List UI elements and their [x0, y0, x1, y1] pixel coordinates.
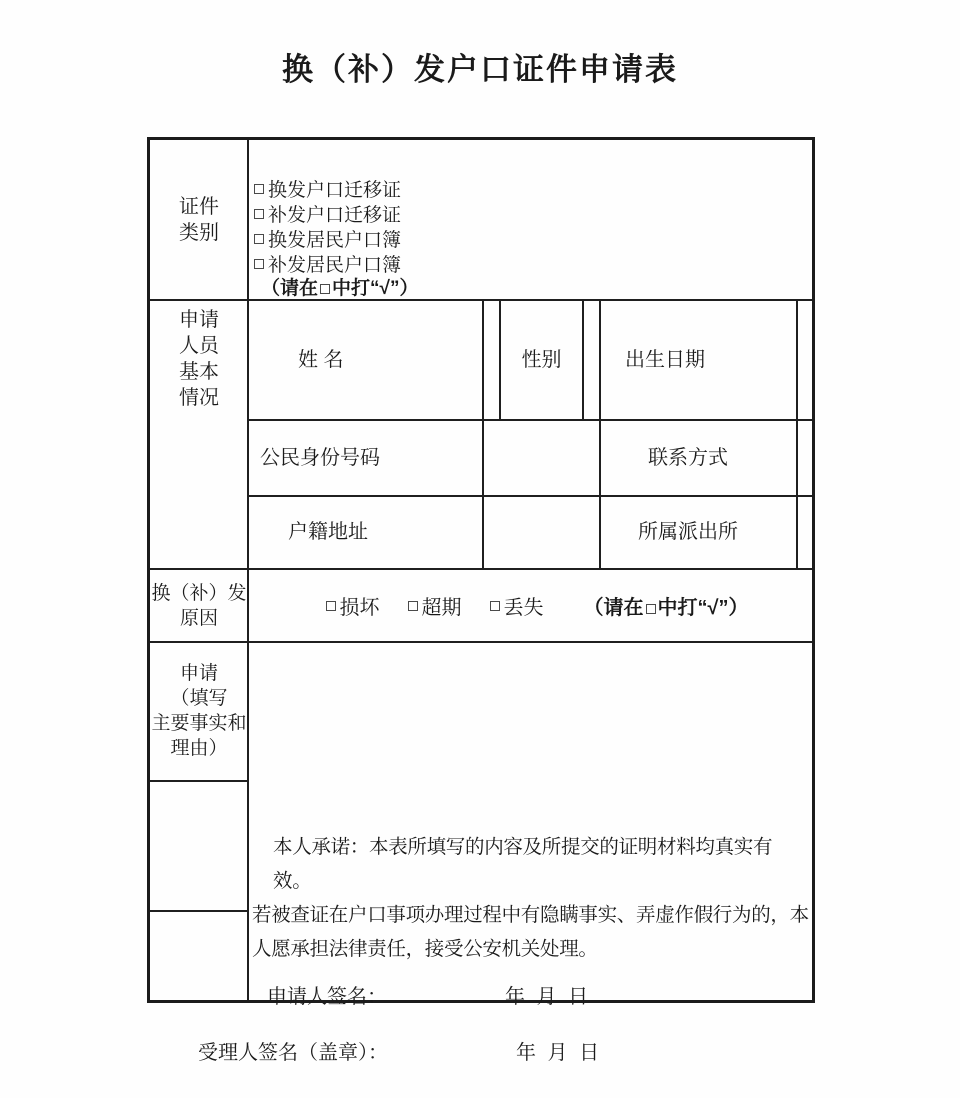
left-empty-cell	[150, 782, 248, 910]
grid-line	[582, 300, 584, 420]
police-station-label: 所属派出所	[638, 519, 738, 545]
pledge-text: 本人承诺：本表所填写的内容及所提交的证明材料均真实有效。 若被查证在户口事项办理…	[252, 830, 810, 966]
cert-type-option: 换发户口迁移证	[254, 176, 418, 201]
applicant-label-line: 人员	[179, 333, 219, 359]
checkbox-glyph-icon	[320, 284, 330, 294]
option-label: 超期	[422, 591, 462, 620]
option-label: 损坏	[340, 591, 380, 620]
form-table: 证件 类别 换发户口迁移证 补发户口迁移证 换发居民户口簿 补发居民户口簿 （请…	[147, 137, 815, 1003]
contact-label: 联系方式	[648, 445, 728, 471]
option-label: 补发居民户口簿	[268, 250, 401, 277]
left-empty-cell	[150, 912, 248, 1000]
acceptor-signature-label: 受理人签名（盖章）：	[198, 1036, 388, 1065]
pledge-line: 若被查证在户口事项办理过程中有隐瞒事实、弄虚作假行为的，本	[252, 898, 810, 932]
reason-option: 超期	[408, 591, 462, 620]
grid-line	[796, 300, 798, 569]
applicant-signature-date: 年 月 日	[505, 980, 588, 1009]
pledge-line: 人愿承担法律责任，接受公安机关处理。	[252, 932, 810, 966]
applicant-signature-label: 申请人签名：	[267, 980, 387, 1009]
note-text: （请在	[261, 278, 318, 299]
application-label-line: （填写	[170, 686, 227, 711]
note-text: （请在	[584, 597, 644, 619]
cert-type-option: 换发居民户口簿	[254, 226, 418, 251]
checkbox-lost[interactable]	[490, 601, 500, 611]
grid-line	[599, 300, 601, 569]
application-label-line: 理由）	[170, 736, 227, 761]
checkbox-damaged[interactable]	[326, 601, 336, 611]
note-text: 中打“√”）	[332, 278, 418, 299]
reason-options: 损坏 超期 丢失 （请在中打“√”）	[248, 569, 812, 642]
page: 换（补）发户口证件申请表 证件 类别 换发户口迁移证 补发户口迁移证	[0, 0, 960, 1098]
pledge-line: 本人承诺：本表所填写的内容及所提交的证明材料均真实有效。	[252, 830, 810, 898]
checkbox-expired[interactable]	[408, 601, 418, 611]
name-label: 姓 名	[298, 347, 344, 373]
cert-type-option: 补发居民户口簿	[254, 251, 418, 276]
application-label-line: 主要事实和	[151, 711, 246, 736]
gender-label: 性别	[501, 347, 582, 373]
reason-option: 丢失	[490, 591, 544, 620]
reason-label-line: 换（补）发	[151, 581, 246, 606]
address-value-cell[interactable]	[484, 497, 599, 568]
option-label: 补发户口迁移证	[268, 200, 401, 227]
checkbox-reissue-household-booklet[interactable]	[254, 234, 264, 244]
cert-type-note: （请在中打“√”）	[254, 276, 418, 301]
cert-type-label-line: 证件	[179, 194, 219, 220]
cert-type-option: 补发户口迁移证	[254, 201, 418, 226]
checkbox-replace-household-booklet[interactable]	[254, 259, 264, 269]
application-writing-area[interactable]	[250, 642, 812, 828]
id-number-value-cell[interactable]	[484, 421, 599, 495]
application-label: 申请 （填写 主要事实和 理由）	[150, 642, 248, 780]
applicant-label-line: 基本	[179, 359, 219, 385]
note-text: 中打“√”）	[658, 597, 749, 619]
application-label-line: 申请	[180, 661, 218, 686]
applicant-section-label: 申请 人员 基本 情况	[150, 304, 248, 569]
grid-line	[150, 299, 812, 301]
address-label: 户籍地址	[288, 519, 368, 545]
acceptor-signature-area[interactable]	[400, 1030, 510, 1060]
checkbox-reissue-migration-cert[interactable]	[254, 184, 264, 194]
reason-label-line: 原因	[180, 606, 218, 631]
applicant-label-line: 情况	[179, 385, 219, 411]
reason-option: 损坏	[326, 591, 380, 620]
cert-type-options: 换发户口迁移证 补发户口迁移证 换发居民户口簿 补发居民户口簿 （请在中打“√”…	[254, 176, 418, 301]
birth-date-label: 出生日期	[625, 347, 705, 373]
option-label: 丢失	[504, 591, 544, 620]
option-label: 换发户口迁移证	[268, 175, 401, 202]
checkbox-replace-migration-cert[interactable]	[254, 209, 264, 219]
acceptor-signature-date: 年 月 日	[516, 1036, 599, 1065]
cert-type-label: 证件 类别	[150, 140, 248, 300]
reason-label: 换（补）发 原因	[150, 569, 248, 642]
applicant-signature-area[interactable]	[395, 972, 495, 1000]
checkbox-glyph-icon	[646, 604, 656, 614]
form-title: 换（补）发户口证件申请表	[0, 44, 960, 89]
applicant-label-line: 申请	[179, 307, 219, 333]
id-number-label: 公民身份号码	[260, 445, 380, 471]
reason-note: （请在中打“√”）	[584, 591, 749, 620]
cert-type-label-line: 类别	[179, 220, 219, 246]
option-label: 换发居民户口簿	[268, 225, 401, 252]
